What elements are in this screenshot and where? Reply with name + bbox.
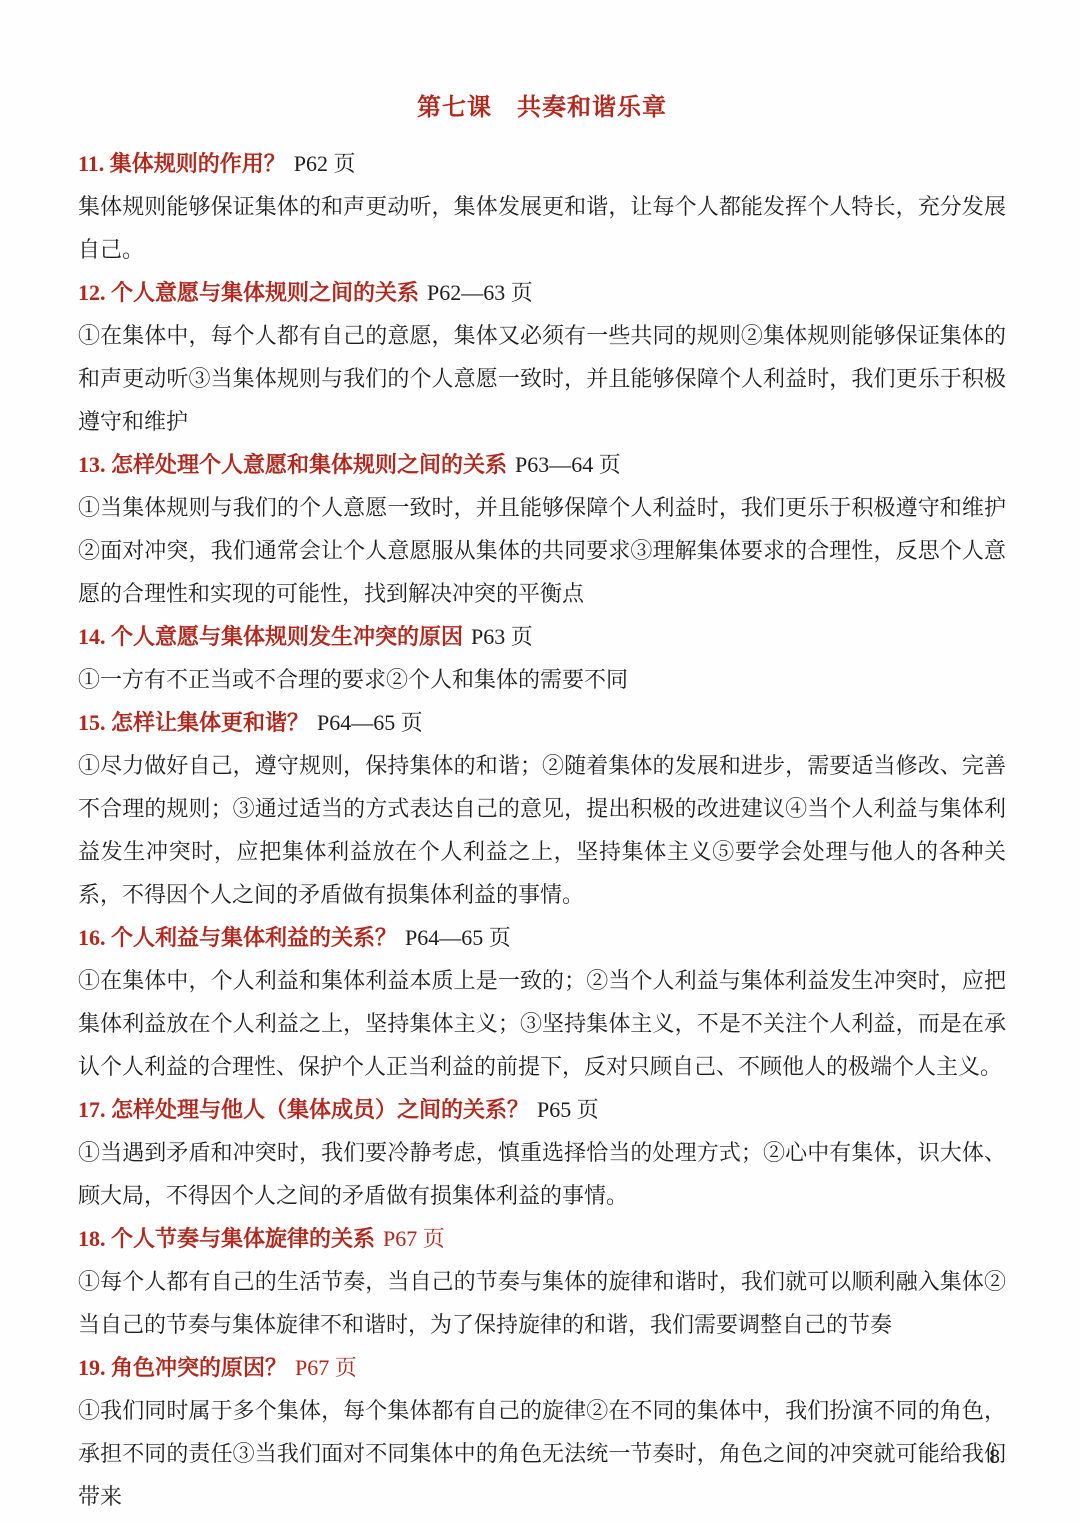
question-text: 11. 集体规则的作用？ <box>78 151 286 176</box>
question-heading: 14. 个人意愿与集体规则发生冲突的原因P63 页 <box>78 615 1006 658</box>
qa-section-12: 12. 个人意愿与集体规则之间的关系P62—63 页 ①在集体中，每个人都有自己… <box>78 271 1006 443</box>
question-heading: 12. 个人意愿与集体规则之间的关系P62—63 页 <box>78 271 1006 314</box>
page-reference: P63—64 页 <box>515 452 621 477</box>
qa-section-13: 13. 怎样处理个人意愿和集体规则之间的关系P63—64 页 ①当集体规则与我们… <box>78 443 1006 615</box>
page-reference: P64—65 页 <box>405 925 511 950</box>
question-heading: 11. 集体规则的作用？P62 页 <box>78 142 1006 185</box>
document-content: 第七课 共奏和谐乐章 11. 集体规则的作用？P62 页 集体规则能够保证集体的… <box>78 92 1006 1518</box>
answer-text: ①每个人都有自己的生活节奏，当自己的节奏与集体的旋律和谐时，我们就可以顺利融入集… <box>78 1260 1006 1346</box>
answer-text: ①一方有不正当或不合理的要求②个人和集体的需要不同 <box>78 658 1006 701</box>
page-reference: P65 页 <box>537 1097 599 1122</box>
question-text: 17. 怎样处理与他人（集体成员）之间的关系？ <box>78 1097 529 1122</box>
qa-section-16: 16. 个人利益与集体利益的关系？P64—65 页 ①在集体中，个人利益和集体利… <box>78 916 1006 1088</box>
answer-text: ①我们同时属于多个集体，每个集体都有自己的旋律②在不同的集体中，我们扮演不同的角… <box>78 1389 1006 1518</box>
page-reference: P67 页 <box>295 1355 357 1380</box>
qa-section-11: 11. 集体规则的作用？P62 页 集体规则能够保证集体的和声更动听，集体发展更… <box>78 142 1006 271</box>
question-heading: 13. 怎样处理个人意愿和集体规则之间的关系P63—64 页 <box>78 443 1006 486</box>
question-text: 15. 怎样让集体更和谐？ <box>78 710 309 735</box>
qa-section-19: 19. 角色冲突的原因？P67 页 ①我们同时属于多个集体，每个集体都有自己的旋… <box>78 1346 1006 1518</box>
answer-text: ①在集体中，每个人都有自己的意愿，集体又必须有一些共同的规则②集体规则能够保证集… <box>78 314 1006 443</box>
question-text: 12. 个人意愿与集体规则之间的关系 <box>78 280 419 305</box>
page-reference: P64—65 页 <box>317 710 423 735</box>
document-page: 第七课 共奏和谐乐章 11. 集体规则的作用？P62 页 集体规则能够保证集体的… <box>0 0 1080 1523</box>
page-reference: P67 页 <box>383 1226 445 1251</box>
page-reference: P63 页 <box>471 624 533 649</box>
lesson-title: 第七课 共奏和谐乐章 <box>78 92 1006 124</box>
question-heading: 19. 角色冲突的原因？P67 页 <box>78 1346 1006 1389</box>
question-heading: 16. 个人利益与集体利益的关系？P64—65 页 <box>78 916 1006 959</box>
question-heading: 17. 怎样处理与他人（集体成员）之间的关系？P65 页 <box>78 1088 1006 1131</box>
question-text: 18. 个人节奏与集体旋律的关系 <box>78 1226 375 1251</box>
answer-text: ①当集体规则与我们的个人意愿一致时，并且能够保障个人利益时，我们更乐于积极遵守和… <box>78 486 1006 615</box>
qa-section-18: 18. 个人节奏与集体旋律的关系P67 页 ①每个人都有自己的生活节奏，当自己的… <box>78 1217 1006 1346</box>
question-text: 14. 个人意愿与集体规则发生冲突的原因 <box>78 624 463 649</box>
qa-section-17: 17. 怎样处理与他人（集体成员）之间的关系？P65 页 ①当遇到矛盾和冲突时，… <box>78 1088 1006 1217</box>
question-text: 19. 角色冲突的原因？ <box>78 1355 287 1380</box>
answer-text: ①在集体中，个人利益和集体利益本质上是一致的；②当个人利益与集体利益发生冲突时，… <box>78 959 1006 1088</box>
question-heading: 18. 个人节奏与集体旋律的关系P67 页 <box>78 1217 1006 1260</box>
question-text: 16. 个人利益与集体利益的关系？ <box>78 925 397 950</box>
question-heading: 15. 怎样让集体更和谐？P64—65 页 <box>78 701 1006 744</box>
answer-text: ①当遇到矛盾和冲突时，我们要冷静考虑，慎重选择恰当的处理方式；②心中有集体，识大… <box>78 1131 1006 1217</box>
page-reference: P62—63 页 <box>427 280 533 305</box>
question-text: 13. 怎样处理个人意愿和集体规则之间的关系 <box>78 452 507 477</box>
answer-text: ①尽力做好自己，遵守规则，保持集体的和谐；②随着集体的发展和进步，需要适当修改、… <box>78 744 1006 916</box>
page-number: 8 <box>989 1446 1000 1470</box>
qa-section-14: 14. 个人意愿与集体规则发生冲突的原因P63 页 ①一方有不正当或不合理的要求… <box>78 615 1006 701</box>
answer-text: 集体规则能够保证集体的和声更动听，集体发展更和谐，让每个人都能发挥个人特长，充分… <box>78 185 1006 271</box>
qa-section-15: 15. 怎样让集体更和谐？P64—65 页 ①尽力做好自己，遵守规则，保持集体的… <box>78 701 1006 916</box>
page-reference: P62 页 <box>294 151 356 176</box>
